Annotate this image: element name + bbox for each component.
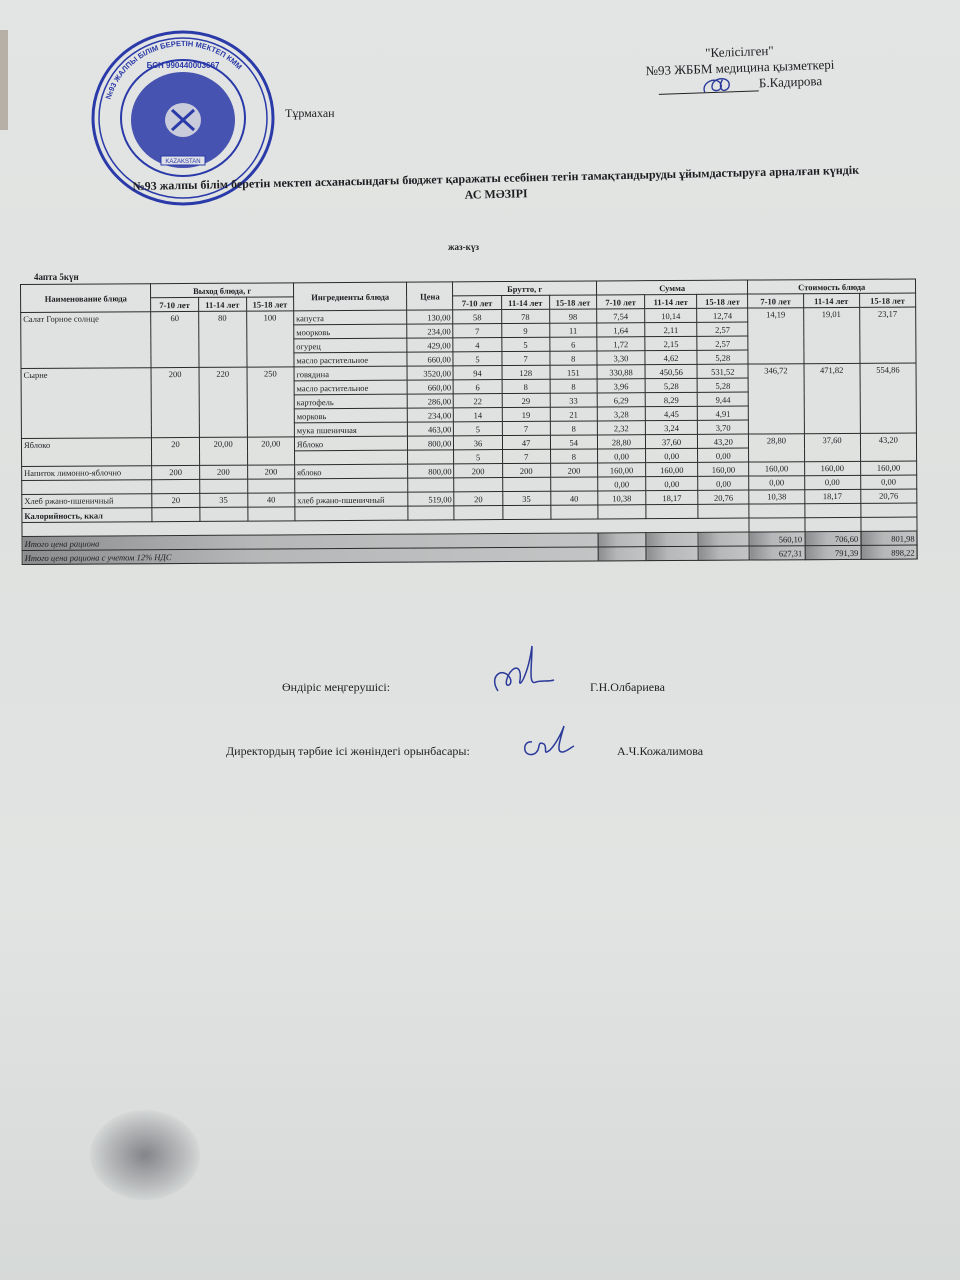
dish-cost: 471,82 bbox=[804, 363, 861, 433]
ingredient-gross: 200 bbox=[454, 464, 502, 478]
ingredient-price: 800,00 bbox=[408, 436, 454, 450]
table-cell bbox=[295, 506, 408, 521]
table-cell bbox=[749, 504, 804, 518]
ingredient-price: 429,00 bbox=[407, 338, 453, 352]
ingredient-name: капуста bbox=[294, 310, 407, 325]
dish-yield: 35 bbox=[199, 493, 247, 507]
col-ingredients: Ингредиенты блюда bbox=[293, 282, 407, 311]
ingredient-price: 234,00 bbox=[408, 408, 454, 422]
dish-yield: 100 bbox=[246, 311, 293, 367]
ingredient-sum: 20,76 bbox=[698, 490, 749, 504]
ingredient-name bbox=[294, 450, 407, 465]
dish-yield: 40 bbox=[248, 493, 295, 507]
col-yield: Выход блюда, г bbox=[151, 283, 294, 298]
ingredient-gross: 58 bbox=[453, 310, 501, 324]
dish-yield: 80 bbox=[198, 311, 246, 367]
dish-cost: 37,60 bbox=[804, 433, 860, 461]
col-dish-cost: Стоимость блюда bbox=[748, 279, 916, 294]
ingredient-sum: 5,28 bbox=[645, 378, 697, 392]
ingredient-sum: 9,44 bbox=[697, 392, 748, 406]
table-cell bbox=[749, 518, 804, 532]
ingredient-gross: 11 bbox=[549, 323, 596, 337]
ingredient-sum: 2,15 bbox=[645, 336, 697, 350]
ingredient-sum: 37,60 bbox=[645, 434, 697, 448]
ingredient-gross: 4 bbox=[453, 338, 501, 352]
table-cell bbox=[152, 507, 199, 521]
ingredient-price: 3520,00 bbox=[407, 366, 453, 380]
ingredient-gross bbox=[502, 477, 550, 491]
ingredient-sum: 12,74 bbox=[697, 308, 748, 322]
age-group-header: 7-10 лет bbox=[596, 295, 644, 309]
dish-cost: 0,00 bbox=[860, 475, 916, 489]
ingredient-sum: 10,38 bbox=[598, 491, 646, 505]
ingredient-gross: 200 bbox=[550, 463, 597, 477]
ingredient-price: 800,00 bbox=[408, 464, 454, 478]
ingredient-gross: 5 bbox=[453, 352, 501, 366]
signature-row-deputy: Директордың тәрбие ісі жөніндегі орынбас… bbox=[226, 744, 470, 759]
age-group-header: 15-18 лет bbox=[246, 297, 293, 311]
ingredient-name: картофель bbox=[294, 394, 407, 409]
dish-yield bbox=[152, 479, 199, 493]
ingredient-name: масло растительное bbox=[294, 352, 407, 367]
col-sum: Сумма bbox=[596, 280, 748, 295]
total-value: 791,39 bbox=[805, 545, 861, 559]
ingredient-gross: 128 bbox=[502, 365, 550, 379]
total-value: 706,60 bbox=[805, 531, 861, 545]
table-cell bbox=[646, 504, 698, 518]
ingredient-gross: 7 bbox=[453, 324, 501, 338]
ingredient-sum: 450,56 bbox=[645, 364, 697, 378]
season-label: жаз-күз bbox=[448, 242, 479, 252]
ingredient-sum: 0,00 bbox=[597, 449, 645, 463]
ingredient-sum: 531,52 bbox=[697, 364, 748, 378]
ingredient-gross: 7 bbox=[501, 351, 549, 365]
calories-label: Калорийность, ккал bbox=[22, 508, 153, 523]
table-cell bbox=[698, 546, 749, 560]
dish-yield: 220 bbox=[199, 367, 248, 437]
dish-yield: 60 bbox=[151, 311, 198, 367]
ingredient-sum: 28,80 bbox=[597, 435, 645, 449]
age-group-header: 15-18 лет bbox=[697, 294, 748, 308]
ingredient-gross: 20 bbox=[454, 492, 502, 506]
dish-cost: 160,00 bbox=[860, 461, 916, 475]
svg-text:KAZAKSTAN: KAZAKSTAN bbox=[165, 159, 200, 165]
ingredient-gross: 47 bbox=[502, 435, 550, 449]
ingredient-price: 234,00 bbox=[407, 324, 453, 338]
ingredient-price: 660,00 bbox=[407, 380, 453, 394]
ingredient-sum: 3,96 bbox=[597, 379, 645, 393]
ingredient-sum: 0,00 bbox=[698, 448, 749, 462]
dish-cost: 14,19 bbox=[748, 308, 804, 364]
table-cell bbox=[646, 532, 698, 546]
table-cell bbox=[598, 533, 646, 547]
dish-yield: 20 bbox=[152, 493, 199, 507]
ingredient-gross: 7 bbox=[502, 421, 550, 435]
signer-position: Өндіріс меңгерушісі: bbox=[282, 680, 390, 694]
ingredient-price: 463,00 bbox=[408, 422, 454, 436]
ingredient-gross: 8 bbox=[550, 351, 597, 365]
dish-cost: 346,72 bbox=[748, 364, 804, 434]
table-cell bbox=[408, 506, 454, 520]
signature-icon bbox=[518, 722, 578, 762]
approver-name-left: Тұрмахан bbox=[285, 106, 335, 121]
ingredient-sum: 0,00 bbox=[646, 448, 698, 462]
ingredient-name: морковь bbox=[294, 408, 407, 423]
ingredient-sum: 3,70 bbox=[698, 420, 749, 434]
ingredient-sum: 4,91 bbox=[697, 406, 748, 420]
table-cell bbox=[698, 504, 749, 518]
ingredient-name: мука пшеничная bbox=[294, 422, 407, 437]
ingredient-sum: 6,29 bbox=[597, 393, 645, 407]
ingredient-name: Яблоко bbox=[294, 436, 407, 451]
total-label: Итого цена рациона с учетом 12% НДС bbox=[22, 547, 598, 565]
total-value: 560,10 bbox=[749, 532, 804, 546]
dish-cost: 10,38 bbox=[749, 490, 804, 504]
col-dish-name: Наименование блюда bbox=[21, 284, 152, 313]
dish-name: Салат Горное солнце bbox=[21, 312, 152, 369]
ingredient-sum: 330,88 bbox=[597, 365, 645, 379]
ingredient-gross: 200 bbox=[502, 463, 550, 477]
signature-icon bbox=[699, 73, 740, 96]
ingredient-gross: 33 bbox=[550, 393, 597, 407]
ingredient-price: 130,00 bbox=[407, 310, 453, 324]
dish-cost: 160,00 bbox=[749, 462, 804, 476]
ingredient-gross: 94 bbox=[453, 366, 501, 380]
dish-yield: 20,00 bbox=[247, 437, 294, 465]
ingredient-sum: 5,28 bbox=[697, 378, 748, 392]
ingredient-name: огурец bbox=[294, 338, 407, 353]
dish-name: Яблоко bbox=[21, 438, 152, 467]
dish-name: Сырне bbox=[21, 368, 152, 439]
age-group-header: 11-14 лет bbox=[803, 293, 859, 307]
ingredient-gross: 8 bbox=[550, 449, 597, 463]
ingredient-sum: 3,28 bbox=[597, 407, 645, 421]
ingredient-gross: 8 bbox=[550, 379, 597, 393]
ingredient-gross: 5 bbox=[501, 337, 549, 351]
ingredient-gross: 22 bbox=[454, 394, 502, 408]
ingredient-gross: 40 bbox=[550, 491, 597, 505]
ingredient-gross: 54 bbox=[550, 435, 597, 449]
total-value: 801,98 bbox=[861, 531, 917, 545]
ingredient-gross: 9 bbox=[501, 323, 549, 337]
ingredient-gross: 8 bbox=[502, 379, 550, 393]
dish-cost: 43,20 bbox=[860, 433, 916, 461]
ingredient-sum: 1,64 bbox=[597, 323, 645, 337]
dish-cost: 0,00 bbox=[749, 476, 804, 490]
total-value: 898,22 bbox=[861, 545, 917, 559]
signer-position: Директордың тәрбие ісі жөніндегі орынбас… bbox=[226, 744, 470, 758]
age-group-header: 11-14 лет bbox=[198, 297, 246, 311]
table-cell bbox=[502, 505, 550, 519]
signature-icon bbox=[488, 636, 558, 696]
ingredient-sum: 160,00 bbox=[597, 463, 645, 477]
dish-cost: 20,76 bbox=[860, 489, 916, 503]
ingredient-sum: 160,00 bbox=[698, 462, 749, 476]
age-group-header: 11-14 лет bbox=[501, 295, 549, 309]
ingredient-price bbox=[408, 450, 454, 464]
table-cell bbox=[199, 507, 247, 521]
ingredient-sum: 0,00 bbox=[698, 476, 749, 490]
ingredient-sum: 2,32 bbox=[597, 421, 645, 435]
ingredient-sum: 2,11 bbox=[645, 322, 697, 336]
page-edge bbox=[0, 30, 8, 130]
dish-yield: 20,00 bbox=[199, 437, 247, 465]
ingredient-sum: 5,28 bbox=[697, 350, 748, 364]
ingredient-gross: 14 bbox=[454, 408, 502, 422]
ingredient-gross: 98 bbox=[549, 309, 596, 323]
table-cell bbox=[698, 532, 749, 546]
col-price: Цена bbox=[407, 282, 453, 310]
table-cell bbox=[598, 547, 646, 561]
dish-cost: 0,00 bbox=[804, 475, 860, 489]
dish-cost: 19,01 bbox=[803, 307, 860, 363]
age-group-header: 11-14 лет bbox=[645, 294, 697, 308]
dish-yield bbox=[199, 479, 247, 493]
total-value: 627,31 bbox=[749, 546, 804, 560]
ingredient-sum: 3,30 bbox=[597, 351, 645, 365]
ingredient-sum: 8,29 bbox=[645, 392, 697, 406]
dish-yield bbox=[247, 479, 294, 493]
ingredient-sum: 7,54 bbox=[597, 309, 645, 323]
ingredient-price bbox=[408, 478, 454, 492]
ingredient-sum: 18,17 bbox=[646, 490, 698, 504]
dish-cost: 28,80 bbox=[749, 434, 804, 462]
ingredient-name: масло растительное bbox=[294, 380, 407, 395]
ingredient-gross: 29 bbox=[502, 393, 550, 407]
age-group-header: 7-10 лет bbox=[151, 297, 198, 311]
dish-cost: 23,17 bbox=[859, 307, 916, 363]
ingredient-sum: 4,45 bbox=[645, 406, 697, 420]
ingredient-name: яблоко bbox=[295, 464, 408, 479]
ingredient-gross: 19 bbox=[502, 407, 550, 421]
week-day-label: 4апта 5күн bbox=[34, 272, 79, 282]
signature-row-production: Өндіріс меңгерушісі: bbox=[282, 680, 390, 695]
ingredient-sum: 160,00 bbox=[646, 462, 698, 476]
menu-table: Наименование блюда Выход блюда, г Ингред… bbox=[20, 279, 918, 565]
ingredient-gross: 6 bbox=[453, 380, 501, 394]
ingredient-price: 519,00 bbox=[408, 492, 454, 506]
ingredient-sum: 1,72 bbox=[597, 337, 645, 351]
dish-cost: 18,17 bbox=[804, 489, 860, 503]
document-page: KAZAKSTAN БСН 990440003667 №93 ЖАЛПЫ БІЛ… bbox=[0, 0, 960, 1280]
ingredient-sum: 43,20 bbox=[698, 434, 749, 448]
ingredient-price: 660,00 bbox=[407, 352, 453, 366]
ingredient-gross: 5 bbox=[454, 422, 502, 436]
dish-name bbox=[22, 480, 153, 495]
ingredient-gross: 6 bbox=[550, 337, 597, 351]
ingredient-gross: 78 bbox=[501, 309, 549, 323]
ingredient-name: моорковь bbox=[294, 324, 407, 339]
table-cell bbox=[861, 503, 917, 517]
ingredient-gross: 151 bbox=[550, 365, 597, 379]
signer-name-deputy: А.Ч.Кожалимова bbox=[617, 744, 703, 759]
table-cell bbox=[551, 505, 598, 519]
col-gross: Брутто, г bbox=[453, 281, 597, 296]
ingredient-name: хлеб ржано-пшеничный bbox=[295, 492, 408, 507]
ingredient-gross: 7 bbox=[502, 449, 550, 463]
dish-name: Хлеб ржано-пшеничный bbox=[22, 494, 153, 509]
dish-name: Напиток лимонно-яблочно bbox=[22, 466, 153, 481]
dish-yield: 200 bbox=[152, 465, 199, 479]
dish-yield: 200 bbox=[199, 465, 247, 479]
svg-text:БСН 990440003667: БСН 990440003667 bbox=[147, 61, 220, 70]
ingredient-price: 286,00 bbox=[407, 394, 453, 408]
ingredient-sum: 10,14 bbox=[645, 308, 697, 322]
table-cell bbox=[804, 503, 860, 517]
dish-cost: 160,00 bbox=[804, 461, 860, 475]
ingredient-gross: 8 bbox=[550, 421, 597, 435]
table-cell bbox=[598, 505, 646, 519]
ingredient-gross bbox=[454, 478, 502, 492]
table-cell bbox=[804, 517, 860, 531]
approver-name-right: Б.Кадирова bbox=[759, 73, 823, 90]
ingredient-sum: 2,57 bbox=[697, 322, 748, 336]
dish-yield: 250 bbox=[247, 367, 295, 437]
photo-shadow bbox=[90, 1110, 200, 1200]
ingredient-gross bbox=[550, 477, 597, 491]
ingredient-gross: 5 bbox=[454, 450, 502, 464]
age-group-header: 7-10 лет bbox=[748, 294, 803, 308]
signer-name-production: Г.Н.Олбариева bbox=[590, 680, 665, 695]
ingredient-sum: 3,24 bbox=[645, 420, 697, 434]
age-group-header: 15-18 лет bbox=[859, 293, 915, 307]
ingredient-gross: 21 bbox=[550, 407, 597, 421]
age-group-header: 7-10 лет bbox=[453, 296, 501, 310]
dish-cost: 554,86 bbox=[860, 363, 917, 433]
approval-block: "Келісілген" №93 ЖББМ медицина қызметкер… bbox=[629, 40, 851, 96]
dish-yield: 20 bbox=[152, 437, 199, 465]
age-group-header: 15-18 лет bbox=[549, 295, 596, 309]
table-cell bbox=[861, 517, 917, 531]
signature-line bbox=[659, 80, 759, 94]
ingredient-sum: 0,00 bbox=[598, 477, 646, 491]
ingredient-gross: 35 bbox=[502, 491, 550, 505]
ingredient-name bbox=[295, 478, 408, 493]
table-cell bbox=[646, 546, 698, 560]
ingredient-sum: 0,00 bbox=[646, 476, 698, 490]
ingredient-sum: 4,62 bbox=[645, 350, 697, 364]
dish-yield: 200 bbox=[151, 367, 199, 437]
ingredient-name: говядина bbox=[294, 366, 407, 381]
table-cell bbox=[454, 506, 502, 520]
dish-yield: 200 bbox=[247, 465, 294, 479]
table-cell bbox=[248, 507, 295, 521]
ingredient-sum: 2,57 bbox=[697, 336, 748, 350]
ingredient-gross: 36 bbox=[454, 436, 502, 450]
